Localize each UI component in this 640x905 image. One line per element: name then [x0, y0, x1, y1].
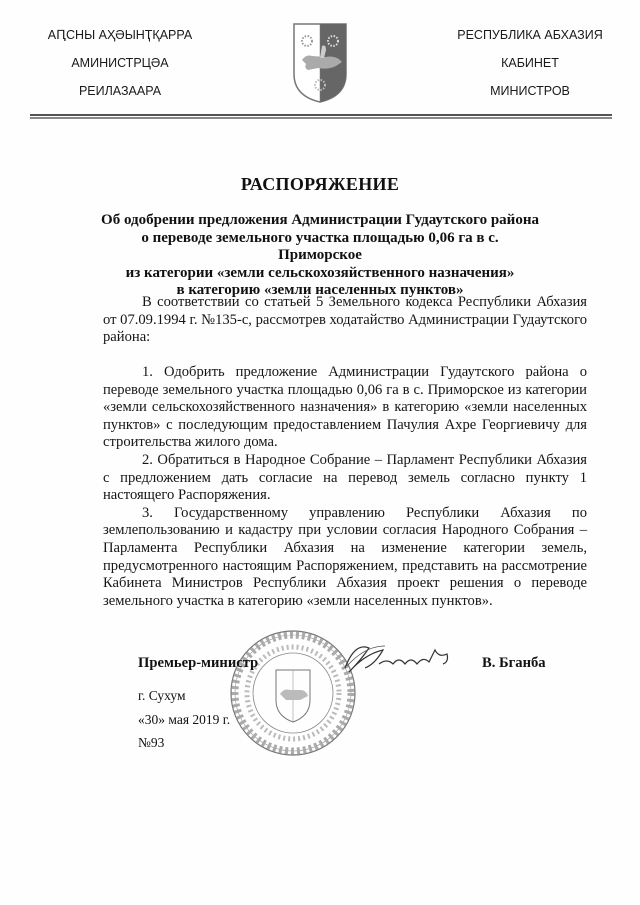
order-item-2: 2. Обратиться в Народное Собрание – Парл…: [103, 452, 587, 505]
header-right-line-3: МИНИСТРОВ: [420, 83, 640, 111]
header-divider-bottom: [30, 117, 612, 119]
signatory-name: В. Бганба: [482, 655, 546, 672]
signatory-position: Премьер-министр: [138, 655, 258, 672]
document-title: РАСПОРЯЖЕНИЕ: [0, 174, 640, 195]
document-page: АԤСНЫ АҲӘЫНҬҚАРРА АМИНИСТРЦӘА РЕИЛАЗААРА…: [0, 0, 640, 905]
header-right-line-1: РЕСПУБЛИКА АБХАЗИЯ: [420, 27, 640, 55]
header-right-line-2: КАБИНЕТ: [420, 55, 640, 83]
document-subject: Об одобрении предложения Администрации Г…: [100, 212, 540, 300]
order-item-3: 3. Государственному управлению Республик…: [103, 505, 587, 611]
document-date: «30» мая 2019 г.: [138, 712, 230, 728]
header-russian: РЕСПУБЛИКА АБХАЗИЯ КАБИНЕТ МИНИСТРОВ: [420, 27, 640, 111]
coat-of-arms-icon: [292, 22, 348, 104]
document-number: №93: [138, 735, 164, 751]
subject-line-3: из категории «земли сельскохозяйственног…: [100, 265, 540, 283]
header-left-line-1: АԤСНЫ АҲӘЫНҬҚАРРА: [10, 27, 230, 55]
subject-line-1: Об одобрении предложения Администрации Г…: [100, 212, 540, 230]
header-abkhaz: АԤСНЫ АҲӘЫНҬҚАРРА АМИНИСТРЦӘА РЕИЛАЗААРА: [10, 27, 230, 111]
header-left-line-2: АМИНИСТРЦӘА: [10, 55, 230, 83]
document-place: г. Сухум: [138, 688, 186, 704]
order-item-1: 1. Одобрить предложение Администрации Гу…: [103, 364, 587, 452]
order-items: 1. Одобрить предложение Администрации Гу…: [103, 364, 587, 610]
signature-icon: [335, 638, 460, 678]
header-divider-top: [30, 114, 612, 116]
header-left-line-3: РЕИЛАЗААРА: [10, 83, 230, 111]
preamble: В соответствии со статьей 5 Земельного к…: [103, 294, 587, 347]
subject-line-2: о переводе земельного участка площадью 0…: [100, 230, 540, 265]
preamble-text: В соответствии со статьей 5 Земельного к…: [103, 294, 587, 347]
